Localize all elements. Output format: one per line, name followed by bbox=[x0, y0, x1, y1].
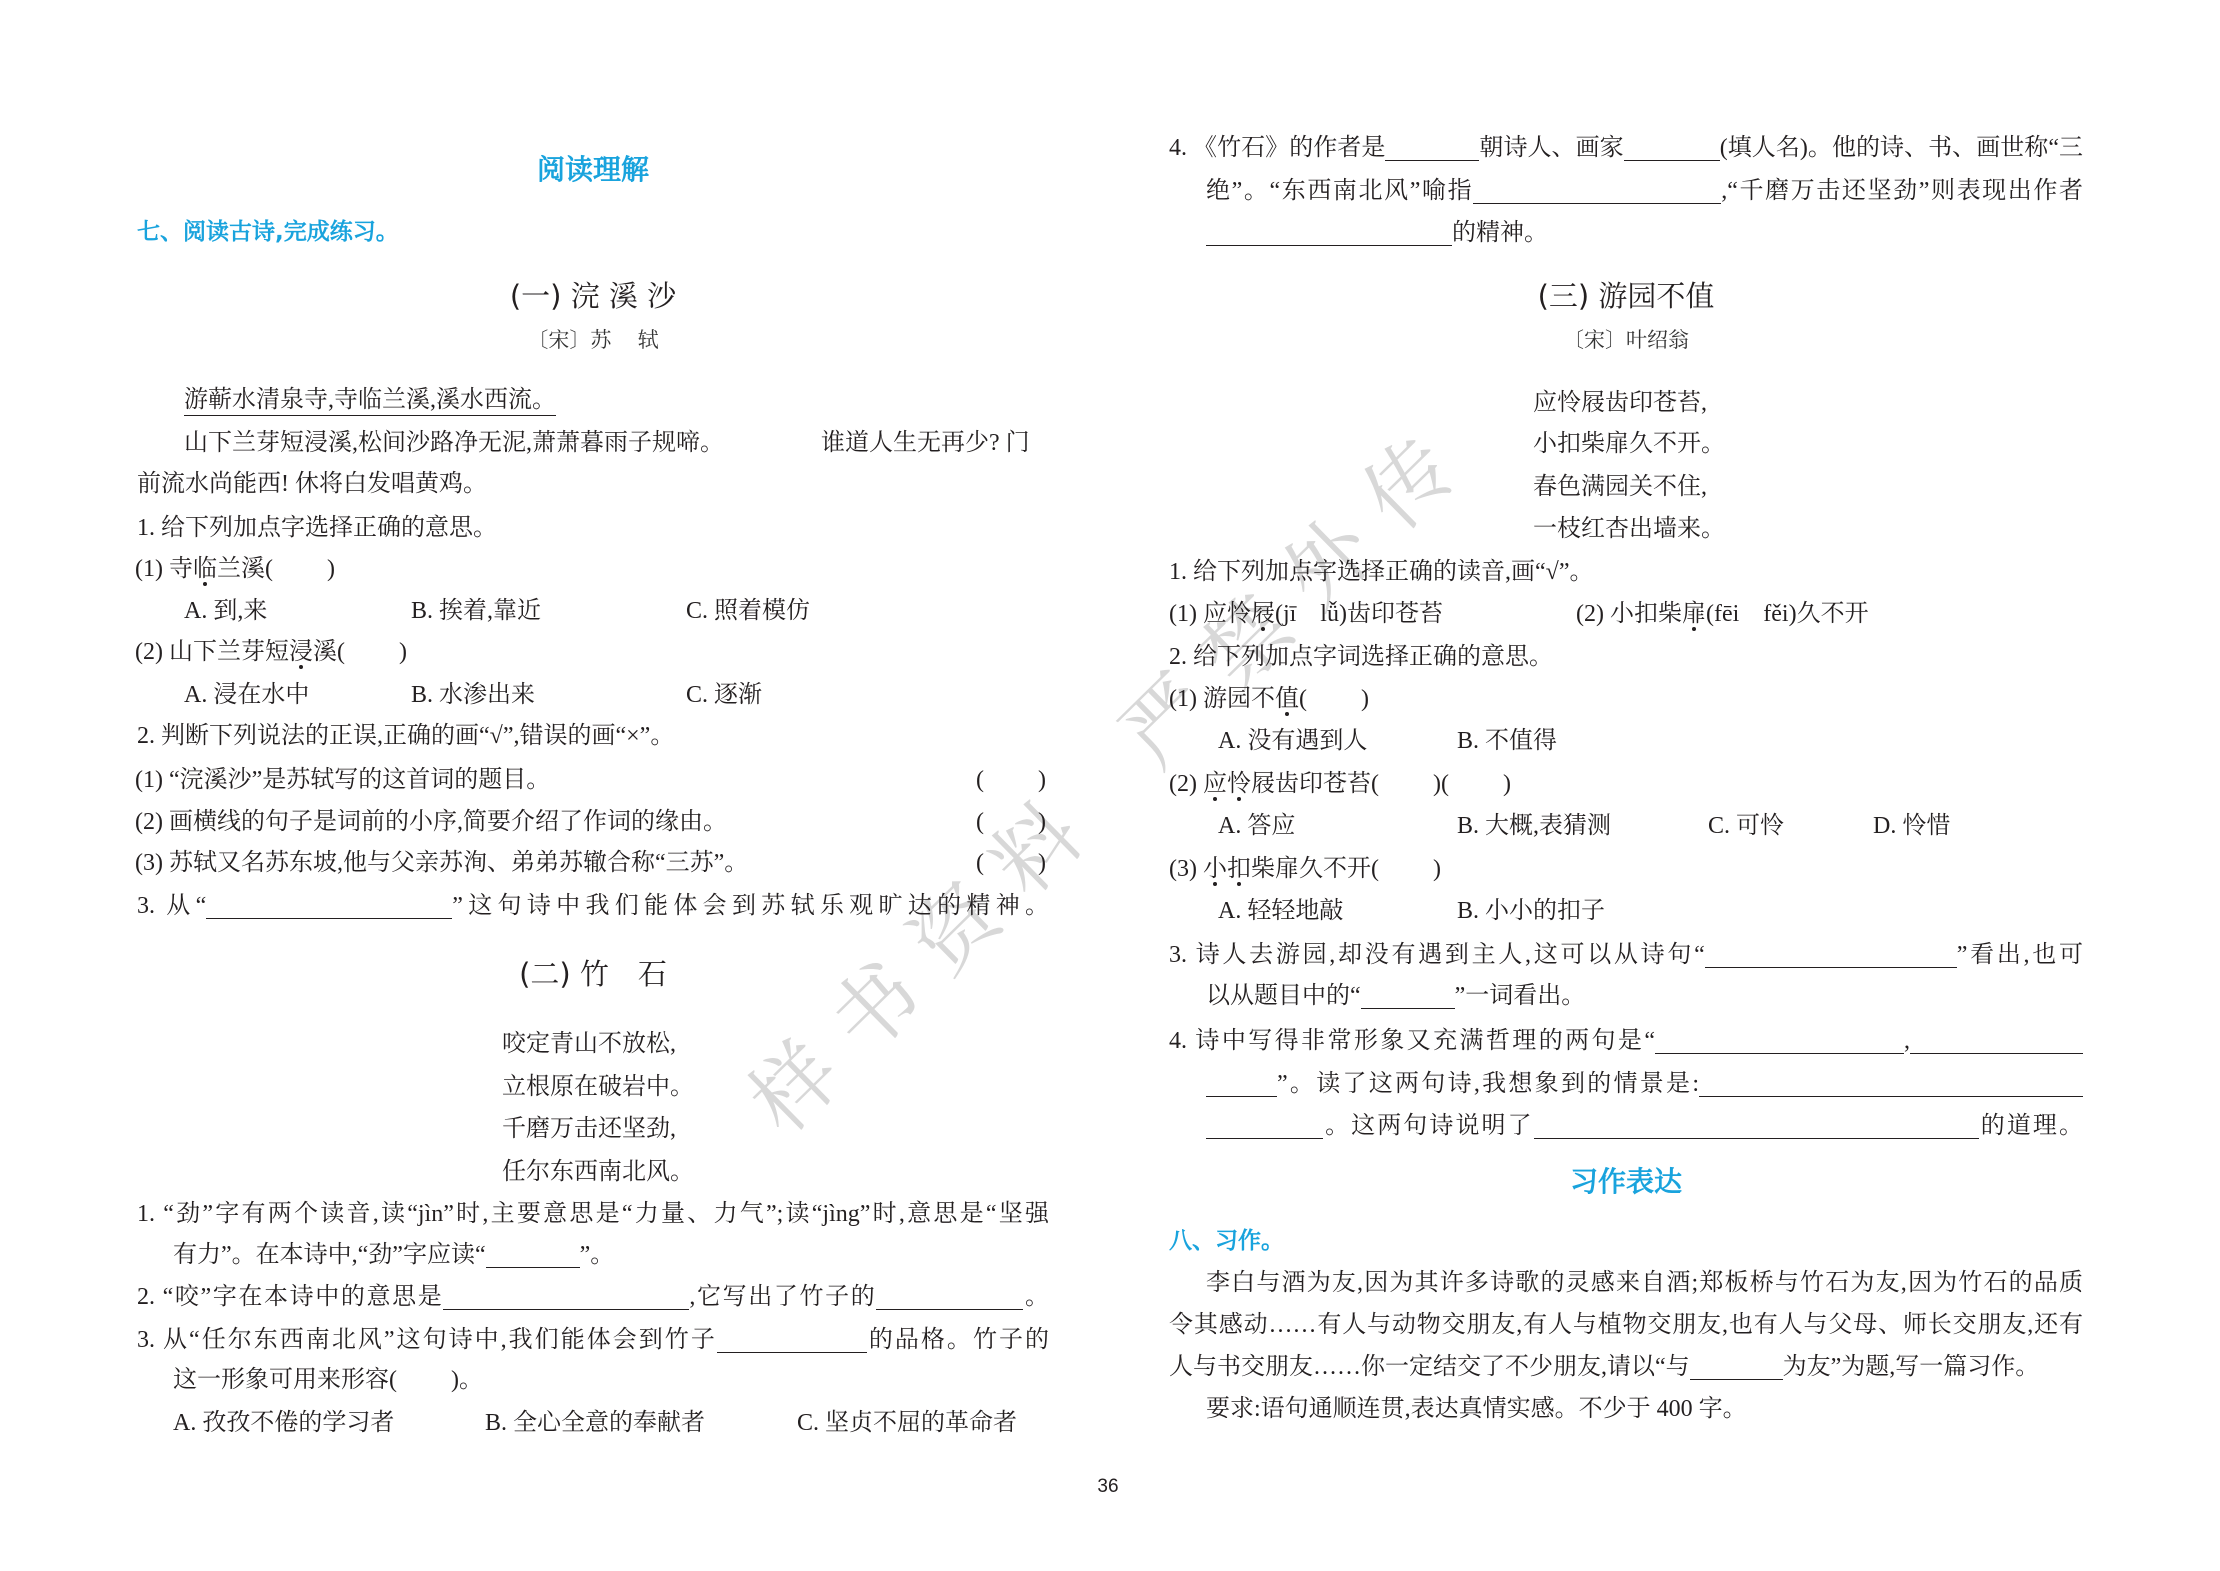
p1-q1-item1-option-a: A. 到,来 bbox=[184, 590, 267, 632]
p3-q2-item2-option-c: C. 可怜 bbox=[1708, 805, 1784, 847]
section-seven-label: 七、阅读古诗,完成练习。 bbox=[137, 211, 399, 253]
answer-blank bbox=[1655, 1053, 1904, 1054]
item-text: (2) 山下兰芽短 bbox=[135, 639, 289, 665]
answer-blank bbox=[486, 1267, 580, 1268]
answer-blank bbox=[1385, 160, 1479, 161]
answer-blank bbox=[1206, 1138, 1323, 1139]
item-text: 溪( ) bbox=[313, 639, 407, 665]
p3-q2-item3-option-b: B. 小小的扣子 bbox=[1457, 890, 1605, 932]
answer-blank bbox=[1473, 203, 1721, 204]
item-text: 柴扉久不开( ) bbox=[1251, 856, 1441, 882]
p1-q1-item2: (2) 山下兰芽短浸溪( ) bbox=[135, 631, 407, 673]
answer-blank bbox=[206, 918, 452, 919]
answer-blank bbox=[717, 1352, 867, 1353]
emphasis-dot-char: 屐 bbox=[1251, 593, 1275, 635]
p2-q4-line2: 绝”。“东西南北风”喻指,“千磨万击还坚劲”则表现出作者 bbox=[1206, 170, 2083, 212]
item-text: (jī lǚ)齿印苍苔 bbox=[1275, 601, 1443, 627]
question-text: ”。 bbox=[580, 1242, 615, 1268]
p3-q2-item3: (3) 小扣柴扉久不开( ) bbox=[1169, 848, 1441, 890]
answer-parentheses: ( ) bbox=[976, 842, 1046, 884]
emphasis-dot-char: 小 bbox=[1203, 848, 1227, 890]
poem1-body-line1-tail: 谁道人生无再少? 门 bbox=[821, 422, 1030, 464]
poem2-line: 立根原在破岩中。 bbox=[502, 1066, 694, 1108]
answer-blank bbox=[1361, 1008, 1455, 1009]
p2-q3-option-c: C. 坚贞不屈的革命者 bbox=[797, 1402, 1017, 1444]
answer-parentheses: ( ) bbox=[976, 759, 1046, 801]
p3-q2-item1-option-b: B. 不值得 bbox=[1457, 720, 1557, 762]
writing-para-line2: 令其感动……有人与动物交朋友,有人与植物交朋友,也有人与父母、师长交朋友,还有 bbox=[1169, 1304, 2083, 1346]
poem3-line: 春色满园关不住, bbox=[1533, 466, 1707, 508]
answer-parentheses: ( ) bbox=[976, 801, 1046, 843]
p3-q4-line3: 。这两句诗说明了的道理。 bbox=[1206, 1105, 2083, 1147]
answer-blank bbox=[1206, 245, 1452, 246]
question-text: 。 bbox=[1023, 1284, 1049, 1310]
poem2-line: 千磨万击还坚劲, bbox=[502, 1108, 676, 1150]
item-text: 兰溪( ) bbox=[217, 556, 335, 582]
emphasis-dot-char: 应 bbox=[1203, 763, 1227, 805]
answer-blank bbox=[1206, 1096, 1277, 1097]
writing-para-line1: 李白与酒为友,因为其许多诗歌的灵感来自酒;郑板桥与竹石为友,因为竹石的品质 bbox=[1206, 1262, 2083, 1304]
question-text: 的道理。 bbox=[1979, 1113, 2083, 1139]
poem2-line: 任尔东西南北风。 bbox=[502, 1151, 694, 1193]
answer-blank bbox=[1910, 1053, 2083, 1054]
p1-q3: 3. 从“”这句诗中我们能体会到苏轼乐观旷达的精神。 bbox=[137, 885, 1049, 927]
question-text: 的品格。竹子的 bbox=[867, 1327, 1049, 1353]
item-text: (2) 小扣柴 bbox=[1576, 601, 1682, 627]
p1-q1-item1-option-b: B. 挨着,靠近 bbox=[411, 590, 541, 632]
p3-q4-line1: 4. 诗中写得非常形象又充满哲理的两句是“, bbox=[1169, 1020, 2083, 1062]
item-text: (2) bbox=[1169, 771, 1203, 797]
question-text: 3. 从“ bbox=[137, 893, 206, 919]
poem2-title: (二) 竹 石 bbox=[137, 953, 1049, 995]
question-text: 的精神。 bbox=[1452, 220, 1548, 246]
p1-q1-item2-option-c: C. 逐渐 bbox=[686, 674, 762, 716]
question-text: , bbox=[1904, 1028, 1910, 1054]
question-text: 绝”。“东西南北风”喻指 bbox=[1206, 178, 1473, 204]
p1-q2-item2: (2) 画横线的句子是词前的小序,简要介绍了作词的缘由。 bbox=[135, 801, 727, 843]
worksheet-page: 样书资料严禁外传 阅读理解 七、阅读古诗,完成练习。 (一) 浣 溪 沙 〔宋〕… bbox=[0, 0, 2220, 1571]
answer-blank bbox=[1699, 1096, 2083, 1097]
p3-q1-stem: 1. 给下列加点字选择正确的读音,画“√”。 bbox=[1169, 551, 1593, 593]
question-text: 。这两句诗说明了 bbox=[1323, 1113, 1534, 1139]
p1-q2-stem: 2. 判断下列说法的正误,正确的画“√”,错误的画“×”。 bbox=[137, 715, 674, 757]
poem3-line: 小扣柴扉久不开。 bbox=[1533, 423, 1725, 465]
p3-q3-line1: 3. 诗人去游园,却没有遇到主人,这可以从诗句“”看出,也可 bbox=[1169, 934, 2083, 976]
p2-q3-option-b: B. 全心全意的奉献者 bbox=[485, 1402, 705, 1444]
p2-q3-line1: 3. 从“任尔东西南北风”这句诗中,我们能体会到竹子的品格。竹子的 bbox=[137, 1319, 1049, 1361]
writing-para-line3: 人与书交朋友……你一定结交了不少朋友,请以“与为友”为题,写一篇习作。 bbox=[1169, 1346, 2039, 1388]
p1-q1-item2-option-a: A. 浸在水中 bbox=[184, 674, 309, 716]
section-eight-label: 八、习作。 bbox=[1169, 1220, 1284, 1262]
p1-q1-item1: (1) 寺临兰溪( ) bbox=[135, 548, 335, 590]
question-text: 3. 从“任尔东西南北风”这句诗中,我们能体会到竹子 bbox=[137, 1327, 717, 1353]
question-text: ”这句诗中我们能体会到苏轼乐观旷达的精神。 bbox=[452, 893, 1049, 919]
item-text: (1) 寺 bbox=[135, 556, 193, 582]
emphasis-dot-char: 扉 bbox=[1682, 593, 1706, 635]
question-text: ”一词看出。 bbox=[1455, 983, 1586, 1009]
p1-q2-item1: (1) “浣溪沙”是苏轼写的这首词的题目。 bbox=[135, 759, 550, 801]
poem1-body-line1: 山下兰芽短浸溪,松间沙路净无泥,萧萧暮雨子规啼。 bbox=[184, 422, 724, 464]
p2-q2: 2. “咬”字在本诗中的意思是,它写出了竹子的。 bbox=[137, 1276, 1049, 1318]
question-text: 2. “咬”字在本诗中的意思是 bbox=[137, 1284, 443, 1310]
item-text: (3) bbox=[1169, 856, 1203, 882]
p3-q2-item2-option-b: B. 大概,表猜测 bbox=[1457, 805, 1611, 847]
p3-q4-line2: ”。读了这两句诗,我想象到的情景是: bbox=[1206, 1063, 2083, 1105]
question-text: (填人名)。他的诗、书、画世称“三 bbox=[1720, 135, 2083, 161]
item-text: ( ) bbox=[1299, 686, 1369, 712]
question-text: ”看出,也可 bbox=[1957, 942, 2083, 968]
poem1-body-line2: 前流水尚能西! 休将白发唱黄鸡。 bbox=[137, 463, 487, 505]
emphasis-dot-char: 浸 bbox=[289, 631, 313, 673]
poem2-line: 咬定青山不放松, bbox=[502, 1023, 676, 1065]
p1-q2-item3: (3) 苏轼又名苏东坡,他与父亲苏洵、弟弟苏辙合称“三苏”。 bbox=[135, 842, 748, 884]
poem1-preface-underlined: 游蕲水清泉寺,寺临兰溪,溪水西流。 bbox=[184, 385, 556, 416]
poem3-line: 应怜屐齿印苍苔, bbox=[1533, 382, 1707, 424]
p2-q4-line1: 4. 《竹石》的作者是朝诗人、画家(填人名)。他的诗、书、画世称“三 bbox=[1169, 127, 2083, 169]
page-number: 36 bbox=[1058, 1476, 1158, 1498]
question-text: ,它写出了竹子的 bbox=[689, 1284, 876, 1310]
answer-blank bbox=[1624, 160, 1720, 161]
question-text: 3. 诗人去游园,却没有遇到主人,这可以从诗句“ bbox=[1169, 942, 1705, 968]
p3-q2-item1-option-a: A. 没有遇到人 bbox=[1218, 720, 1367, 762]
p2-q1-line1: 1. “劲”字有两个读音,读“jìn”时,主要意思是“力量、力气”;读“jìng… bbox=[137, 1193, 1049, 1235]
p2-q3-line2: 这一形象可用来形容( )。 bbox=[173, 1359, 483, 1401]
emphasis-dot-char: 值 bbox=[1275, 678, 1299, 720]
p3-q2-item3-option-a: A. 轻轻地敲 bbox=[1218, 890, 1343, 932]
section-heading-writing: 习作表达 bbox=[1169, 1161, 2083, 1203]
poem3-line: 一枝红杏出墙来。 bbox=[1533, 508, 1725, 550]
question-text: ”。读了这两句诗,我想象到的情景是: bbox=[1277, 1071, 1699, 1097]
poem1-title: (一) 浣 溪 沙 bbox=[137, 275, 1049, 317]
p3-q2-item2-option-d: D. 怜惜 bbox=[1873, 805, 1950, 847]
answer-blank bbox=[443, 1309, 689, 1310]
item-text: (1) 游园不 bbox=[1169, 686, 1275, 712]
section-heading-reading: 阅读理解 bbox=[137, 149, 1049, 191]
p3-q2-item1: (1) 游园不值( ) bbox=[1169, 678, 1369, 720]
poem3-title: (三) 游园不值 bbox=[1169, 275, 2083, 317]
p3-q1-item2: (2) 小扣柴扉(fēi fěi)久不开 bbox=[1576, 593, 1869, 635]
question-text: 4. 诗中写得非常形象又充满哲理的两句是“ bbox=[1169, 1028, 1655, 1054]
p2-q1-line2: 有力”。在本诗中,“劲”字应读“”。 bbox=[173, 1234, 614, 1276]
paragraph-text: 人与书交朋友……你一定结交了不少朋友,请以“与 bbox=[1169, 1354, 1690, 1380]
p3-q2-stem: 2. 给下列加点字词选择正确的意思。 bbox=[1169, 636, 1553, 678]
emphasis-dot-char: 扣 bbox=[1227, 848, 1251, 890]
item-text: (fēi fěi)久不开 bbox=[1706, 601, 1869, 627]
emphasis-dot-char: 临 bbox=[193, 548, 217, 590]
poem1-preface-line: 游蕲水清泉寺,寺临兰溪,溪水西流。 bbox=[184, 379, 556, 421]
question-text: 朝诗人、画家 bbox=[1479, 135, 1623, 161]
watermark-gap bbox=[1107, 771, 1157, 820]
p1-q1-stem: 1. 给下列加点字选择正确的意思。 bbox=[137, 507, 497, 549]
p1-q1-item2-option-b: B. 水渗出来 bbox=[411, 674, 535, 716]
paragraph-text: 为友”为题,写一篇习作。 bbox=[1783, 1354, 2040, 1380]
question-text: 有力”。在本诗中,“劲”字应读“ bbox=[173, 1242, 486, 1268]
emphasis-dot-char: 怜 bbox=[1227, 763, 1251, 805]
question-text: 4. 《竹石》的作者是 bbox=[1169, 135, 1385, 161]
question-text: 以从题目中的“ bbox=[1206, 983, 1361, 1009]
poem3-author: 〔宋〕叶绍翁 bbox=[1169, 319, 2083, 361]
p3-q1-item1: (1) 应怜屐(jī lǚ)齿印苍苔 bbox=[1169, 593, 1443, 635]
item-text: 屐齿印苍苔( )( ) bbox=[1251, 771, 1511, 797]
item-text: (1) 应怜 bbox=[1169, 601, 1251, 627]
answer-blank bbox=[1705, 967, 1957, 968]
writing-requirement: 要求:语句通顺连贯,表达真情实感。不少于 400 字。 bbox=[1206, 1388, 1747, 1430]
p2-q3-option-a: A. 孜孜不倦的学习者 bbox=[173, 1402, 394, 1444]
poem1-author: 〔宋〕苏 轼 bbox=[137, 319, 1049, 361]
answer-blank bbox=[876, 1309, 1023, 1310]
answer-blank bbox=[1690, 1379, 1783, 1380]
p3-q2-item2: (2) 应怜屐齿印苍苔( )( ) bbox=[1169, 763, 1511, 805]
question-text: ,“千磨万击还坚劲”则表现出作者 bbox=[1721, 178, 2083, 204]
p3-q2-item2-option-a: A. 答应 bbox=[1218, 805, 1295, 847]
p1-q1-item1-option-c: C. 照着模仿 bbox=[686, 590, 810, 632]
p3-q3-line2: 以从题目中的“”一词看出。 bbox=[1206, 975, 1585, 1017]
answer-blank bbox=[1534, 1138, 1979, 1139]
p2-q4-line3: 的精神。 bbox=[1206, 212, 1548, 254]
